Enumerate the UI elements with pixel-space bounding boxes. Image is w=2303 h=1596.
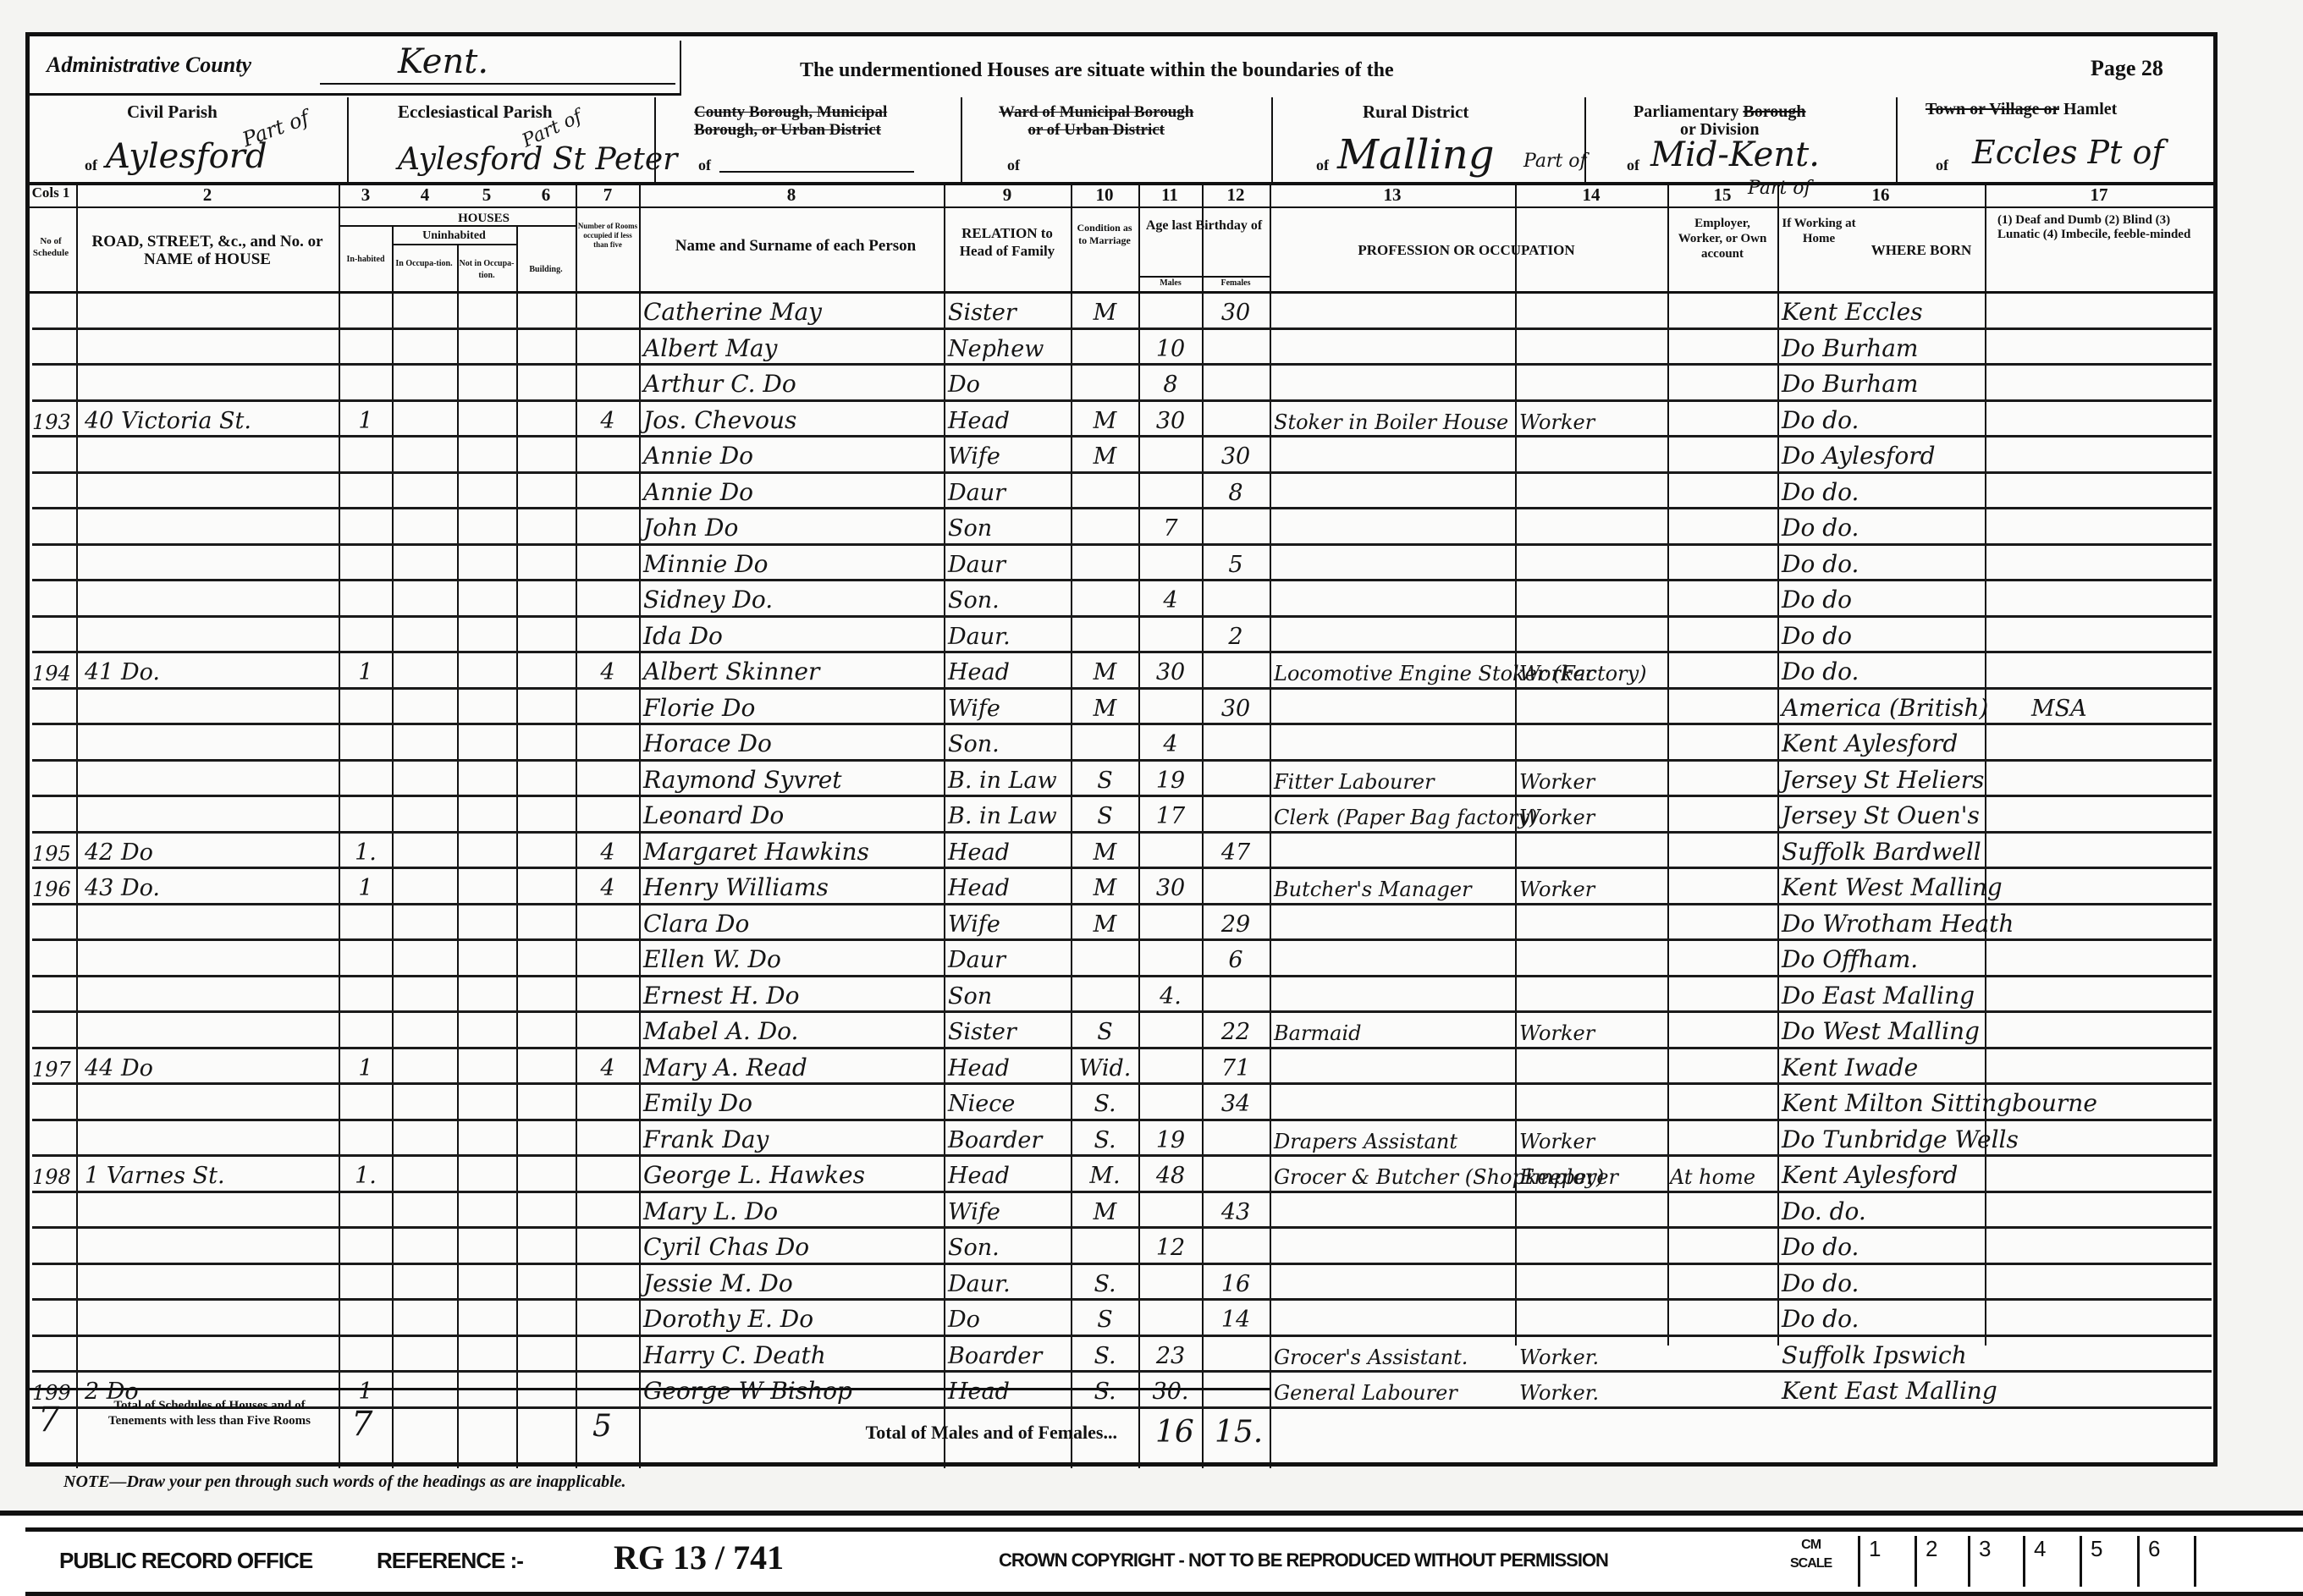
schedule-number — [32, 1193, 74, 1229]
street-address: 42 Do — [85, 834, 334, 869]
schedule-number — [32, 1085, 74, 1120]
male-age: 10 — [1141, 330, 1200, 366]
working-at-home — [1670, 366, 1776, 401]
rooms-count — [578, 438, 637, 473]
male-age — [1141, 438, 1200, 473]
employment-status — [1519, 1193, 1665, 1229]
rooms-count — [578, 1337, 637, 1373]
birthplace: Jersey St Ouen's — [1782, 797, 2036, 833]
employment-status — [1519, 1229, 1665, 1264]
parliamentary-label: Parliamentary Borough or Division — [1634, 103, 1806, 139]
street-address — [85, 1229, 334, 1264]
relation-to-head: Son. — [948, 1229, 1068, 1264]
ward-label-line1: Ward of Municipal Borough — [999, 103, 1193, 121]
person-name: Clara Do — [643, 905, 939, 941]
working-at-home — [1670, 618, 1776, 653]
street-address: 1 Varnes St. — [85, 1157, 334, 1192]
relation-to-head: Daur — [948, 941, 1068, 977]
female-age — [1204, 1229, 1267, 1264]
rooms-count — [578, 690, 637, 725]
street-address — [85, 905, 334, 941]
marital-condition: S. — [1073, 1337, 1137, 1373]
infirmity: MSA — [2031, 690, 2201, 725]
marital-condition: M — [1073, 402, 1137, 438]
schedule-number — [32, 1229, 74, 1264]
scale-label: SCALE — [1790, 1555, 1832, 1573]
working-at-home — [1670, 1085, 1776, 1120]
male-age: 30 — [1141, 869, 1200, 905]
person-name: Catherine May — [643, 294, 939, 329]
male-age — [1141, 474, 1200, 509]
working-at-home — [1670, 1265, 1776, 1301]
male-age — [1141, 941, 1200, 977]
rooms-count — [578, 1229, 637, 1264]
male-age: 4 — [1141, 725, 1200, 761]
male-age — [1141, 1049, 1200, 1085]
schedule-number — [32, 330, 74, 366]
boundaries-text: The undermentioned Houses are situate wi… — [800, 59, 1394, 82]
male-age — [1141, 834, 1200, 869]
street-address: 41 Do. — [85, 653, 334, 689]
person-name: Leonard Do — [643, 797, 939, 833]
person-name: Horace Do — [643, 725, 939, 761]
employment-status: Worker — [1519, 1121, 1665, 1157]
marital-condition — [1073, 1229, 1137, 1264]
inhabited-count — [341, 690, 390, 725]
inhabited-count: 1. — [341, 834, 390, 869]
infirmity — [2031, 438, 2201, 473]
parliamentary-label-line1: Parliamentary Borough — [1634, 103, 1806, 121]
col-not-in-occupation-header: Not in Occupa-tion. — [459, 258, 515, 282]
relation-to-head: Son. — [948, 725, 1068, 761]
female-age — [1204, 653, 1267, 689]
total-schedules: 7 — [38, 1401, 59, 1439]
col-employer-header: Employer, Worker, or Own account — [1672, 216, 1773, 261]
infirmity — [2031, 977, 2201, 1013]
infirmity — [2031, 905, 2201, 941]
male-age: 12 — [1141, 1229, 1200, 1264]
infirmity — [2031, 1013, 2201, 1048]
male-age: 30 — [1141, 653, 1200, 689]
female-age — [1204, 1337, 1267, 1373]
rooms-count — [578, 1301, 637, 1336]
admin-county-value: Kent. — [398, 42, 488, 81]
divider — [30, 1388, 1270, 1390]
relation-to-head: Wife — [948, 1193, 1068, 1229]
birthplace: Kent Aylesford — [1782, 1157, 2036, 1192]
person-name: Florie Do — [643, 690, 939, 725]
rooms-count: 4 — [578, 653, 637, 689]
inhabited-count — [341, 438, 390, 473]
relation-to-head: Boarder — [948, 1121, 1068, 1157]
cm-label: CM — [1790, 1536, 1832, 1555]
rooms-count — [578, 474, 637, 509]
birthplace: Do Tunbridge Wells — [1782, 1121, 2036, 1157]
inhabited-count — [341, 294, 390, 329]
male-age — [1141, 1013, 1200, 1048]
infirmity — [2031, 1193, 2201, 1229]
birthplace: Kent Iwade — [1782, 1049, 2036, 1085]
employment-status: Worker. — [1519, 1373, 1665, 1408]
marital-condition — [1073, 941, 1137, 977]
birthplace: Suffolk Bardwell — [1782, 834, 2036, 869]
infirmity — [2031, 834, 2201, 869]
rooms-count — [578, 1193, 637, 1229]
street-address — [85, 509, 334, 545]
col-relation-header: RELATION to Head of Family — [948, 224, 1066, 260]
street-address: 43 Do. — [85, 869, 334, 905]
divider — [392, 244, 516, 245]
inhabited-count — [341, 1229, 390, 1264]
person-name: Cyril Chas Do — [643, 1229, 939, 1264]
column-divider — [339, 185, 340, 1468]
rooms-count — [578, 797, 637, 833]
male-age — [1141, 294, 1200, 329]
street-address — [85, 1013, 334, 1048]
employment-status — [1519, 834, 1665, 869]
divider — [347, 97, 349, 182]
rooms-count — [578, 977, 637, 1013]
person-name: Emily Do — [643, 1085, 939, 1120]
working-at-home — [1670, 1373, 1776, 1408]
schedule-number — [32, 546, 74, 581]
employment-status — [1519, 546, 1665, 581]
relation-to-head: Son — [948, 977, 1068, 1013]
male-age: 30. — [1141, 1373, 1200, 1408]
working-at-home — [1670, 474, 1776, 509]
column-number: 7 — [574, 184, 642, 206]
column-divider — [1270, 185, 1271, 1468]
inhabited-count — [341, 797, 390, 833]
birthplace: Kent East Malling — [1782, 1373, 2036, 1408]
person-name: Arthur C. Do — [643, 366, 939, 401]
schedule-number: 198 — [32, 1157, 74, 1192]
schedule-number — [32, 474, 74, 509]
female-age — [1204, 1157, 1267, 1192]
birthplace: Do do — [1782, 618, 2036, 653]
public-record-office: PUBLIC RECORD OFFICE — [59, 1548, 312, 1574]
rooms-count — [578, 725, 637, 761]
rooms-count: 4 — [578, 402, 637, 438]
column-divider — [1202, 185, 1204, 1468]
birthplace: Do do. — [1782, 1301, 2036, 1336]
marital-condition: Wid. — [1073, 1049, 1137, 1085]
column-number: 12 — [1202, 184, 1270, 206]
relation-to-head: Do — [948, 1301, 1068, 1336]
rural-district-label: Rural District — [1363, 103, 1468, 121]
employment-status — [1519, 690, 1665, 725]
birthplace: Do do. — [1782, 546, 2036, 581]
working-at-home — [1670, 797, 1776, 833]
cm-scale-mark: 5 — [2080, 1536, 2137, 1587]
birthplace: Do. do. — [1782, 1193, 2036, 1229]
cm-scale-mark: 2 — [1915, 1536, 1968, 1587]
marital-condition: S. — [1073, 1085, 1137, 1120]
marital-condition: M — [1073, 869, 1137, 905]
marital-condition: S. — [1073, 1121, 1137, 1157]
birthplace: Do do. — [1782, 509, 2036, 545]
schedule-number: 196 — [32, 869, 74, 905]
total-rooms: 5 — [592, 1409, 612, 1444]
employment-status: Employer — [1519, 1157, 1665, 1192]
working-at-home — [1670, 438, 1776, 473]
rural-district-value: Malling — [1337, 131, 1494, 179]
person-name: Ida Do — [643, 618, 939, 653]
rooms-count — [578, 366, 637, 401]
working-at-home — [1670, 294, 1776, 329]
col-occupation-header: PROFESSION OR OCCUPATION — [1270, 241, 1663, 259]
male-age — [1141, 1301, 1200, 1336]
male-age: 30 — [1141, 402, 1200, 438]
rooms-count — [578, 941, 637, 977]
schedule-number — [32, 581, 74, 617]
relation-to-head: Head — [948, 653, 1068, 689]
relation-to-head: Head — [948, 1157, 1068, 1192]
column-number: 3 — [332, 184, 399, 206]
relation-to-head: Head — [948, 402, 1068, 438]
total-inhabited: 7 — [351, 1405, 372, 1444]
inhabited-count — [341, 977, 390, 1013]
person-name: Raymond Syvret — [643, 762, 939, 797]
working-at-home — [1670, 546, 1776, 581]
infirmity — [2031, 1085, 2201, 1120]
inhabited-count: 1. — [341, 1157, 390, 1192]
col-males-header: Males — [1140, 278, 1201, 289]
person-name: Dorothy E. Do — [643, 1301, 939, 1336]
working-at-home — [1670, 509, 1776, 545]
schedule-number — [32, 1301, 74, 1336]
col-condition-header: Condition as to Marriage — [1073, 222, 1136, 247]
employment-status: Worker. — [1519, 1337, 1665, 1373]
divider — [1271, 97, 1273, 182]
working-at-home — [1670, 690, 1776, 725]
birthplace: Do Aylesford — [1782, 438, 2036, 473]
inhabited-count — [341, 366, 390, 401]
infirmity — [2031, 653, 2201, 689]
working-at-home — [1670, 905, 1776, 941]
rooms-count — [578, 546, 637, 581]
of-label: of — [1627, 157, 1639, 174]
male-age — [1141, 546, 1200, 581]
inhabited-count — [341, 905, 390, 941]
parliamentary-note: Part of — [1748, 178, 1811, 199]
person-name: Annie Do — [643, 438, 939, 473]
schedule-number — [32, 941, 74, 977]
cm-scale-mark: 1 — [1858, 1536, 1915, 1587]
marital-condition — [1073, 618, 1137, 653]
working-at-home — [1670, 1229, 1776, 1264]
of-label: of — [1007, 157, 1020, 174]
female-age — [1204, 977, 1267, 1013]
relation-to-head: Boarder — [948, 1337, 1068, 1373]
street-address — [85, 330, 334, 366]
admin-county-label: Administrative County — [47, 52, 251, 77]
inhabited-count: 1 — [341, 869, 390, 905]
birthplace: Do do. — [1782, 1229, 2036, 1264]
schedule-number: 193 — [32, 402, 74, 438]
marital-condition: S. — [1073, 1265, 1137, 1301]
inhabited-count — [341, 1121, 390, 1157]
rooms-count — [578, 618, 637, 653]
schedule-number: 194 — [32, 653, 74, 689]
male-age: 19 — [1141, 762, 1200, 797]
street-address — [85, 546, 334, 581]
female-age: 30 — [1204, 294, 1267, 329]
county-borough-label-line2: Borough, or Urban District — [694, 121, 887, 139]
col-schedule-header: No of Schedule — [27, 235, 74, 259]
working-at-home — [1670, 1193, 1776, 1229]
working-at-home — [1670, 1121, 1776, 1157]
infirmity — [2031, 509, 2201, 545]
infirmity — [2031, 1049, 2201, 1085]
col-age-header: Age last Birthday of — [1143, 218, 1265, 234]
parliamentary-prefix: Parliamentary — [1634, 102, 1743, 121]
column-number: 8 — [758, 184, 825, 206]
inhabited-count — [341, 330, 390, 366]
working-at-home — [1670, 941, 1776, 977]
street-address — [85, 438, 334, 473]
working-at-home — [1670, 725, 1776, 761]
female-age — [1204, 581, 1267, 617]
male-age: 23 — [1141, 1337, 1200, 1373]
birthplace: Do do. — [1782, 402, 2036, 438]
street-address — [85, 474, 334, 509]
schedule-number — [32, 797, 74, 833]
cm-scale-mark: 3 — [1968, 1536, 2023, 1587]
female-age — [1204, 1373, 1267, 1408]
working-at-home — [1670, 653, 1776, 689]
street-address — [85, 1193, 334, 1229]
person-name: Albert May — [643, 330, 939, 366]
reference-label: REFERENCE :- — [377, 1548, 523, 1574]
relation-to-head: Wife — [948, 905, 1068, 941]
female-age: 71 — [1204, 1049, 1267, 1085]
relation-to-head: Son — [948, 509, 1068, 545]
admin-county-underline — [320, 83, 675, 85]
hamlet-label: Town or Village or Hamlet — [1926, 100, 2117, 119]
total-males-females-label: Total of Males and of Females... — [652, 1422, 1117, 1444]
infirmity — [2031, 581, 2201, 617]
column-divider — [516, 227, 518, 1468]
column-number: 2 — [174, 184, 241, 206]
marital-condition — [1073, 509, 1137, 545]
col-where-born-header: WHERE BORN — [1862, 241, 1981, 259]
inhabited-count: 1 — [341, 1373, 390, 1408]
relation-to-head: Do — [948, 366, 1068, 401]
birthplace: Kent Milton Sittingbourne — [1782, 1085, 2036, 1120]
col-building-header: Building. — [518, 264, 574, 276]
inhabited-count — [341, 474, 390, 509]
street-address — [85, 725, 334, 761]
schedule-number — [32, 1121, 74, 1157]
infirmity — [2031, 725, 2201, 761]
employment-status: Worker — [1519, 653, 1665, 689]
female-age: 16 — [1204, 1265, 1267, 1301]
street-address — [85, 1337, 334, 1373]
schedule-number: 195 — [32, 834, 74, 869]
divider — [961, 97, 962, 182]
rooms-count — [578, 1013, 637, 1048]
female-age: 14 — [1204, 1301, 1267, 1336]
street-address — [85, 366, 334, 401]
parliamentary-value: Mid-Kent. — [1650, 135, 1820, 174]
female-age — [1204, 725, 1267, 761]
street-address — [85, 294, 334, 329]
marital-condition — [1073, 546, 1137, 581]
male-age — [1141, 1193, 1200, 1229]
column-number: 11 — [1136, 184, 1204, 206]
column-divider — [576, 185, 577, 1468]
blank-underline — [719, 171, 914, 173]
total-schedules-label: Total of Schedules of Houses and of Tene… — [85, 1398, 334, 1428]
person-name: Henry Williams — [643, 869, 939, 905]
female-age — [1204, 509, 1267, 545]
street-address — [85, 1121, 334, 1157]
marital-condition: M — [1073, 905, 1137, 941]
male-age: 8 — [1141, 366, 1200, 401]
rooms-count: 4 — [578, 869, 637, 905]
person-name: Albert Skinner — [643, 653, 939, 689]
person-name: Mabel A. Do. — [643, 1013, 939, 1048]
column-number: 4 — [391, 184, 459, 206]
female-age: 8 — [1204, 474, 1267, 509]
column-number: 14 — [1557, 184, 1625, 206]
relation-to-head: Niece — [948, 1085, 1068, 1120]
birthplace: Do Offham. — [1782, 941, 2036, 977]
marital-condition: S — [1073, 1301, 1137, 1336]
of-label: of — [1936, 157, 1948, 174]
female-age: 43 — [1204, 1193, 1267, 1229]
street-address — [85, 1085, 334, 1120]
relation-to-head: Son. — [948, 581, 1068, 617]
infirmity — [2031, 1265, 2201, 1301]
female-age — [1204, 869, 1267, 905]
schedule-number — [32, 905, 74, 941]
male-age: 19 — [1141, 1121, 1200, 1157]
rooms-count — [578, 905, 637, 941]
female-age: 34 — [1204, 1085, 1267, 1120]
infirmity — [2031, 1373, 2201, 1408]
schedule-number — [32, 618, 74, 653]
hamlet-label-struck: Town or Village or — [1926, 100, 2059, 118]
rooms-count — [578, 1157, 637, 1192]
county-borough-label: County Borough, Municipal Borough, or Ur… — [694, 103, 887, 139]
infirmity — [2031, 1121, 2201, 1157]
cm-scale-mark: 4 — [2023, 1536, 2080, 1587]
column-divider — [1138, 185, 1140, 1468]
female-age: 47 — [1204, 834, 1267, 869]
male-age: 4. — [1141, 977, 1200, 1013]
hamlet-label-text: Hamlet — [2063, 100, 2117, 118]
female-age: 22 — [1204, 1013, 1267, 1048]
inhabited-count — [341, 1337, 390, 1373]
relation-to-head: Daur. — [948, 1265, 1068, 1301]
eccl-parish-label: Ecclesiastical Parish — [398, 103, 553, 121]
infirmity — [2031, 1157, 2201, 1192]
marital-condition: M — [1073, 294, 1137, 329]
column-divider — [1777, 185, 1779, 1346]
employment-status — [1519, 1265, 1665, 1301]
marital-condition: M — [1073, 690, 1137, 725]
female-age: 6 — [1204, 941, 1267, 977]
schedule-number — [32, 725, 74, 761]
footer-rule — [25, 1592, 2303, 1596]
male-age: 48 — [1141, 1157, 1200, 1192]
relation-to-head: Wife — [948, 690, 1068, 725]
divider — [680, 41, 681, 96]
column-divider — [1071, 185, 1072, 1468]
street-address — [85, 581, 334, 617]
